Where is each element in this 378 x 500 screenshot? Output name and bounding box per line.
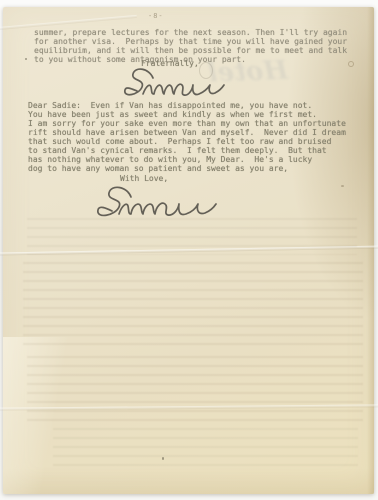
scan-background: Hotel -8- summer, prepare lectures for t… — [0, 0, 378, 500]
letter-line: You have been just as sweet and kindly a… — [28, 110, 346, 119]
ink-speck — [162, 457, 164, 460]
page-number: -8- — [148, 12, 164, 20]
ink-speck — [348, 61, 354, 67]
bleedthrough-text-block — [23, 259, 363, 351]
letter-line: summer, prepare lectures for the next se… — [34, 28, 347, 37]
letter-line: Dear Sadie: Even if Van has disappointed… — [28, 101, 346, 110]
bleedthrough-text-block — [27, 353, 363, 423]
letter-line: equilibruim, and it will then be possibl… — [34, 46, 347, 55]
scan-shadow-edge — [367, 7, 374, 494]
signature-handwriting-icon — [83, 181, 223, 229]
ink-speck — [25, 58, 27, 60]
letter-line: that such would come about. Perhaps I fe… — [28, 137, 346, 146]
letter-line: for another visa. Perhaps by that time y… — [34, 37, 347, 46]
bleedthrough-text-block — [53, 425, 358, 473]
letter-line: has nothing whatever to do with you, My … — [28, 155, 346, 164]
letter-line: dog to have any woman so patient and swe… — [28, 164, 346, 173]
ink-speck — [341, 185, 344, 187]
ink-ring-mark — [199, 62, 213, 79]
letter-line: I am sorry for your sake even more than … — [28, 119, 346, 128]
signature-2: Emma — [83, 181, 223, 229]
paragraph-dear-sadie: Dear Sadie: Even if Van has disappointed… — [28, 101, 346, 173]
letter-page: Hotel -8- summer, prepare lectures for t… — [3, 7, 374, 494]
letter-line: rift should have arisen between Van and … — [28, 128, 346, 137]
letter-line: to stand Van's cynical remarks. I felt t… — [28, 146, 346, 155]
